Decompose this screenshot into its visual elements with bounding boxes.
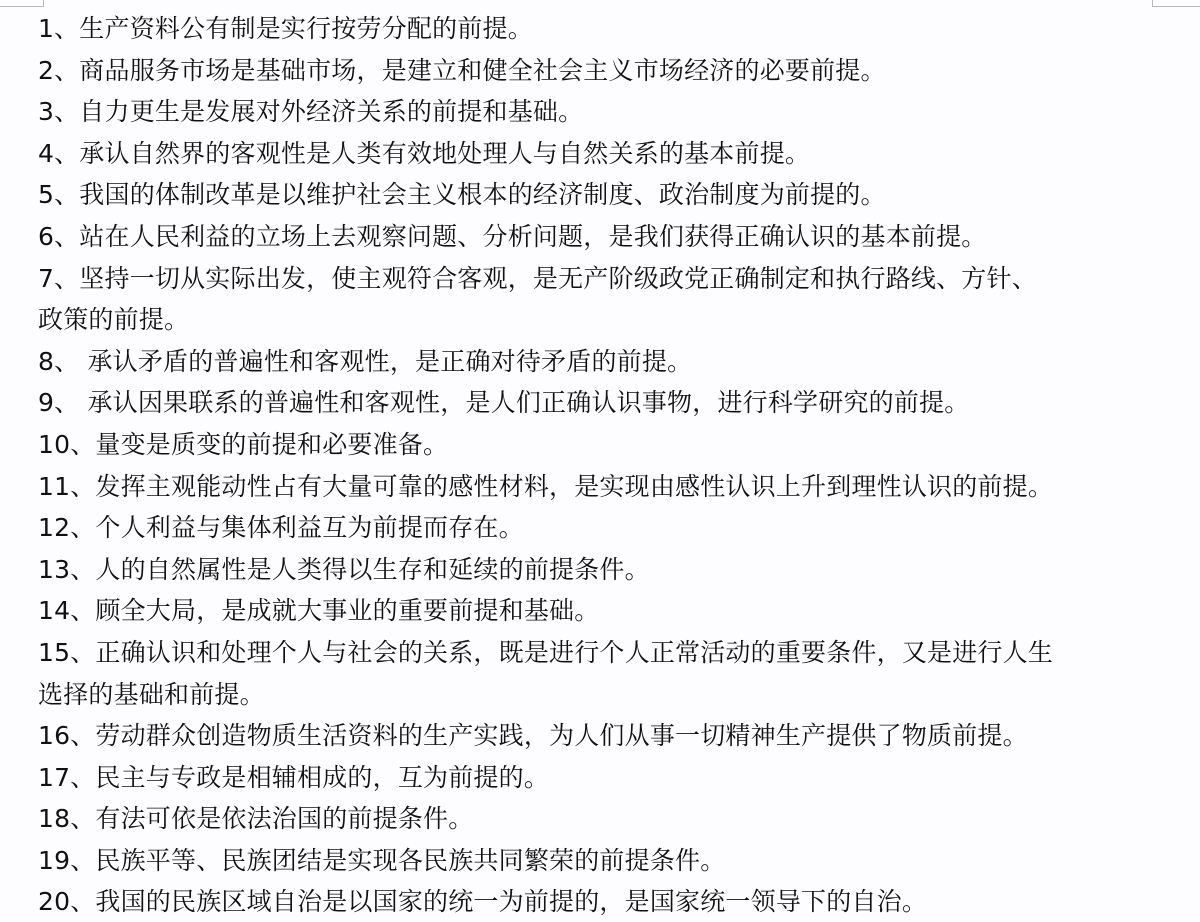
line-text: 14、顾全大局，是成就大事业的重要前提和基础。 xyxy=(38,596,599,625)
line-text: 8、 承认矛盾的普遍性和客观性，是正确对待矛盾的前提。 xyxy=(38,347,692,376)
document-line: 14、顾全大局，是成就大事业的重要前提和基础。 xyxy=(38,590,1168,632)
document-line: 7、坚持一切从实际出发，使主观符合客观，是无产阶级政党正确制定和执行路线、方针、 xyxy=(38,258,1168,300)
document-line: 12、个人利益与集体利益互为前提而存在。 xyxy=(38,507,1168,549)
line-text: 5、我国的体制改革是以维护社会主义根本的经济制度、政治制度为前提的。 xyxy=(38,180,886,209)
line-text: 7、坚持一切从实际出发，使主观符合客观，是无产阶级政党正确制定和执行路线、方针、 xyxy=(38,264,1037,293)
document-line: 2、商品服务市场是基础市场，是建立和健全社会主义市场经济的必要前提。 xyxy=(38,50,1168,92)
document-line: 20、我国的民族区域自治是以国家的统一为前提的，是国家统一领导下的自治。 xyxy=(38,881,1168,922)
document-line: 8、 承认矛盾的普遍性和客观性，是正确对待矛盾的前提。 xyxy=(38,341,1168,383)
document-line: 15、正确认识和处理个人与社会的关系，既是进行个人正常活动的重要条件，又是进行人… xyxy=(38,632,1168,674)
document-line: 9、 承认因果联系的普遍性和客观性，是人们正确认识事物，进行科学研究的前提。 xyxy=(38,382,1168,424)
document-line: 4、承认自然界的客观性是人类有效地处理人与自然关系的基本前提。 xyxy=(38,133,1168,175)
line-text: 12、个人利益与集体利益互为前提而存在。 xyxy=(38,513,524,542)
document-line: 16、劳动群众创造物质生活资料的生产实践，为人们从事一切精神生产提供了物质前提。 xyxy=(38,715,1168,757)
line-text: 18、有法可依是依法治国的前提条件。 xyxy=(38,804,473,833)
document-line: 5、我国的体制改革是以维护社会主义根本的经济制度、政治制度为前提的。 xyxy=(38,174,1168,216)
document-line: 11、发挥主观能动性占有大量可靠的感性材料，是实现由感性认识上升到理性认识的前提… xyxy=(38,466,1168,508)
line-text: 9、 承认因果联系的普遍性和客观性，是人们正确认识事物，进行科学研究的前提。 xyxy=(38,388,969,417)
line-text: 15、正确认识和处理个人与社会的关系，既是进行个人正常活动的重要条件，又是进行人… xyxy=(38,638,1053,667)
line-text: 政策的前提。 xyxy=(38,305,189,334)
line-text: 16、劳动群众创造物质生活资料的生产实践，为人们从事一切精神生产提供了物质前提。 xyxy=(38,721,1028,750)
line-text: 20、我国的民族区域自治是以国家的统一为前提的，是国家统一领导下的自治。 xyxy=(38,887,927,916)
line-text: 17、民主与专政是相辅相成的，互为前提的。 xyxy=(38,763,549,792)
line-text: 3、自力更生是发展对外经济关系的前提和基础。 xyxy=(38,97,583,126)
line-text: 4、承认自然界的客观性是人类有效地处理人与自然关系的基本前提。 xyxy=(38,139,810,168)
document-line: 6、站在人民利益的立场上去观察问题、分析问题，是我们获得正确认识的基本前提。 xyxy=(38,216,1168,258)
document-line: 10、量变是质变的前提和必要准备。 xyxy=(38,424,1168,466)
line-text: 19、民族平等、民族团结是实现各民族共同繁荣的前提条件。 xyxy=(38,846,725,875)
document-line: 19、民族平等、民族团结是实现各民族共同繁荣的前提条件。 xyxy=(38,840,1168,882)
document-line: 17、民主与专政是相辅相成的，互为前提的。 xyxy=(38,757,1168,799)
document-line-continuation: 选择的基础和前提。 xyxy=(38,674,1168,716)
line-text: 6、站在人民利益的立场上去观察问题、分析问题，是我们获得正确认识的基本前提。 xyxy=(38,222,987,251)
document-line: 18、有法可依是依法治国的前提条件。 xyxy=(38,798,1168,840)
margin-corner-mark-left xyxy=(0,0,44,7)
document-body: 1、生产资料公有制是实行按劳分配的前提。 2、商品服务市场是基础市场，是建立和健… xyxy=(38,8,1168,922)
document-line: 1、生产资料公有制是实行按劳分配的前提。 xyxy=(38,8,1168,50)
line-text: 选择的基础和前提。 xyxy=(38,680,265,709)
line-text: 1、生产资料公有制是实行按劳分配的前提。 xyxy=(38,14,533,43)
document-line: 3、自力更生是发展对外经济关系的前提和基础。 xyxy=(38,91,1168,133)
line-text: 13、人的自然属性是人类得以生存和延续的前提条件。 xyxy=(38,555,650,584)
line-text: 10、量变是质变的前提和必要准备。 xyxy=(38,430,448,459)
line-text: 2、商品服务市场是基础市场，是建立和健全社会主义市场经济的必要前提。 xyxy=(38,56,886,85)
document-line: 13、人的自然属性是人类得以生存和延续的前提条件。 xyxy=(38,549,1168,591)
document-line-continuation: 政策的前提。 xyxy=(38,299,1168,341)
margin-corner-mark-right xyxy=(1152,0,1200,7)
line-text: 11、发挥主观能动性占有大量可靠的感性材料，是实现由感性认识上升到理性认识的前提… xyxy=(38,472,1053,501)
